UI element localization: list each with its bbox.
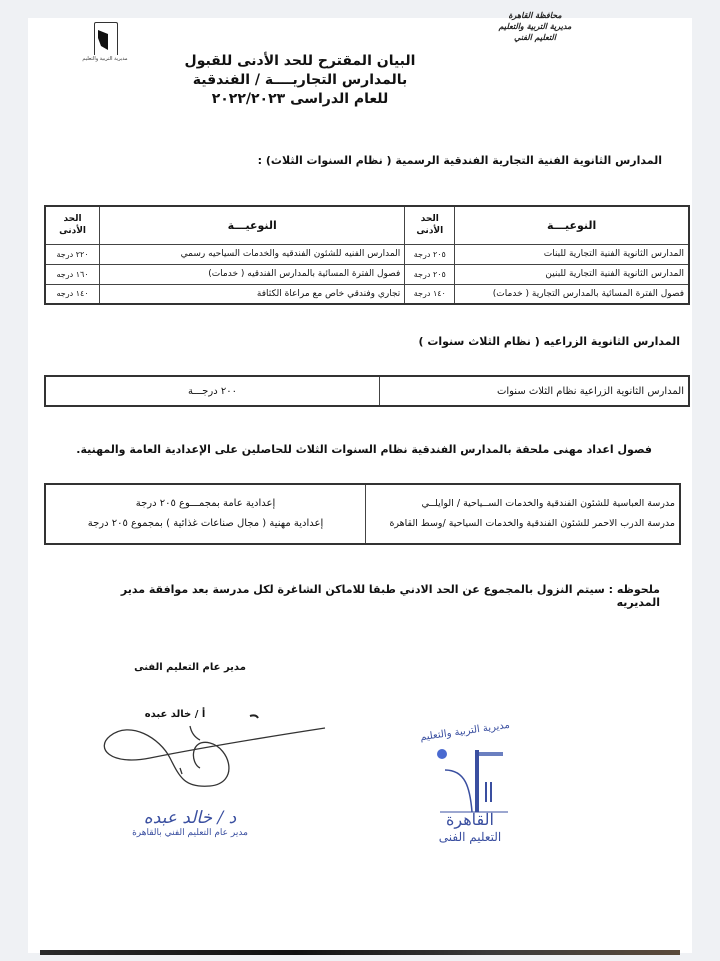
stamp-title: مدير عام التعليم الفني بالقاهرة bbox=[125, 828, 255, 838]
cell-type: المدارس الثانوية الزراعية نظام الثلاث سن… bbox=[380, 376, 690, 406]
cell-min: ٢٠٠ درجـــة bbox=[45, 376, 380, 406]
cell-min: ١٤٠ درجة bbox=[405, 284, 455, 304]
stamp-line: مديرية التربية والتعليم bbox=[480, 21, 590, 32]
handwritten-signature-icon bbox=[90, 708, 330, 798]
title-line: للعام الدراسى ٢٠٢٢/٢٠٢٣ bbox=[160, 90, 440, 109]
cell-min: ٢٠٥ درجة bbox=[405, 264, 455, 284]
signatory-role: مدير عام التعليم الفنى bbox=[120, 662, 260, 673]
section1-heading: المدارس الثانوية الفنية التجارية الفندقي… bbox=[182, 154, 662, 167]
requirement: إعدادية مهنية ( مجال صناعات غذائية ) بمج… bbox=[50, 514, 361, 534]
school-name: مدرسة الدرب الاحمر للشئون الفندقية والخد… bbox=[370, 514, 675, 534]
cell-min: ١٦٠ درجه bbox=[45, 264, 100, 284]
col-header-type: النوعيـــة bbox=[100, 206, 405, 244]
col-header-type: النوعيـــة bbox=[455, 206, 689, 244]
directorate-logo: مديرية التربية والتعليم bbox=[80, 22, 130, 68]
note-text: ملحوظه : سيتم النزول بالمجموع عن الحد ال… bbox=[80, 583, 660, 609]
table-row: المدارس الثانوية الزراعية نظام الثلاث سن… bbox=[45, 376, 689, 406]
document-title: البيان المقترح للحد الأدنى للقبول بالمدا… bbox=[160, 52, 440, 109]
vocational-prep-table: مدرسة العباسية للشئون الفندقية والخدمات … bbox=[44, 483, 681, 545]
title-line: البيان المقترح للحد الأدنى للقبول bbox=[160, 52, 440, 71]
section3-heading: فصول اعداد مهنى ملحقة بالمدارس الفندقية … bbox=[72, 443, 652, 456]
agricultural-table: المدارس الثانوية الزراعية نظام الثلاث سن… bbox=[44, 375, 690, 407]
seal-top-text: مديرية التربية والتعليم bbox=[410, 718, 520, 744]
title-line: بالمدارس التجاريــــة / الفندقية bbox=[160, 71, 440, 90]
section2-heading: المدارس الثانوية الزراعيه ( نظام الثلاث … bbox=[320, 335, 680, 348]
cell-type: فصول الفترة المسائية بالمدارس الفندقيه (… bbox=[100, 264, 405, 284]
school-name: مدرسة العباسية للشئون الفندقية والخدمات … bbox=[370, 494, 675, 514]
cell-type: فصول الفترة المسائية بالمدارس التجارية (… bbox=[455, 284, 689, 304]
seal-emblem-icon bbox=[430, 742, 510, 817]
table-row: فصول الفترة المسائية بالمدارس التجارية (… bbox=[45, 284, 689, 304]
cell-min: ١٤٠ درجه bbox=[45, 284, 100, 304]
stamp-line: محافظة القاهرة bbox=[480, 10, 590, 21]
logo-caption: مديرية التربية والتعليم bbox=[80, 56, 130, 62]
cell-requirements: إعدادية عامة بمجمـــوع ٢٠٥ درجة إعدادية … bbox=[45, 484, 366, 544]
stamp-line: التعليم الفني bbox=[480, 32, 590, 43]
requirement: إعدادية عامة بمجمـــوع ٢٠٥ درجة bbox=[50, 494, 361, 514]
cell-type: المدارس الثانوية الفنية التجارية للبنات bbox=[455, 244, 689, 264]
table-row: مدرسة العباسية للشئون الفندقية والخدمات … bbox=[45, 484, 680, 544]
stamp-name: د / خالد عبده bbox=[125, 808, 255, 828]
cell-type: المدارس الثانوية الفنية التجارية للبنين bbox=[455, 264, 689, 284]
cell-type: تجاري وفندقي خاص مع مراعاة الكثافة bbox=[100, 284, 405, 304]
seal-city: القاهرة bbox=[420, 810, 520, 829]
seal-dept: التعليم الفنى bbox=[420, 830, 520, 844]
ministry-header-stamp: محافظة القاهرة مديرية التربية والتعليم ا… bbox=[480, 10, 590, 43]
scan-edge-strip bbox=[40, 950, 680, 955]
table-row: المدارس الثانوية الفنية التجارية للبنات … bbox=[45, 244, 689, 264]
cell-type: المدارس الفنيه للشئون الفندقيه والخدمات … bbox=[100, 244, 405, 264]
cell-schools: مدرسة العباسية للشئون الفندقية والخدمات … bbox=[366, 484, 681, 544]
table-row: المدارس الثانوية الفنية التجارية للبنين … bbox=[45, 264, 689, 284]
col-header-min: الحدالأدنى bbox=[405, 206, 455, 244]
cell-min: ٢٠٥ درجة bbox=[405, 244, 455, 264]
commercial-hotel-table: النوعيـــة الحدالأدنى النوعيـــة الحدالأ… bbox=[44, 205, 690, 305]
cell-min: ٢٢٠ درجة bbox=[45, 244, 100, 264]
director-signature-stamp: د / خالد عبده مدير عام التعليم الفني بال… bbox=[125, 808, 255, 838]
technical-education-seal: مديرية التربية والتعليم القاهرة التعليم … bbox=[400, 722, 530, 852]
col-header-min: الحدالأدنى bbox=[45, 206, 100, 244]
